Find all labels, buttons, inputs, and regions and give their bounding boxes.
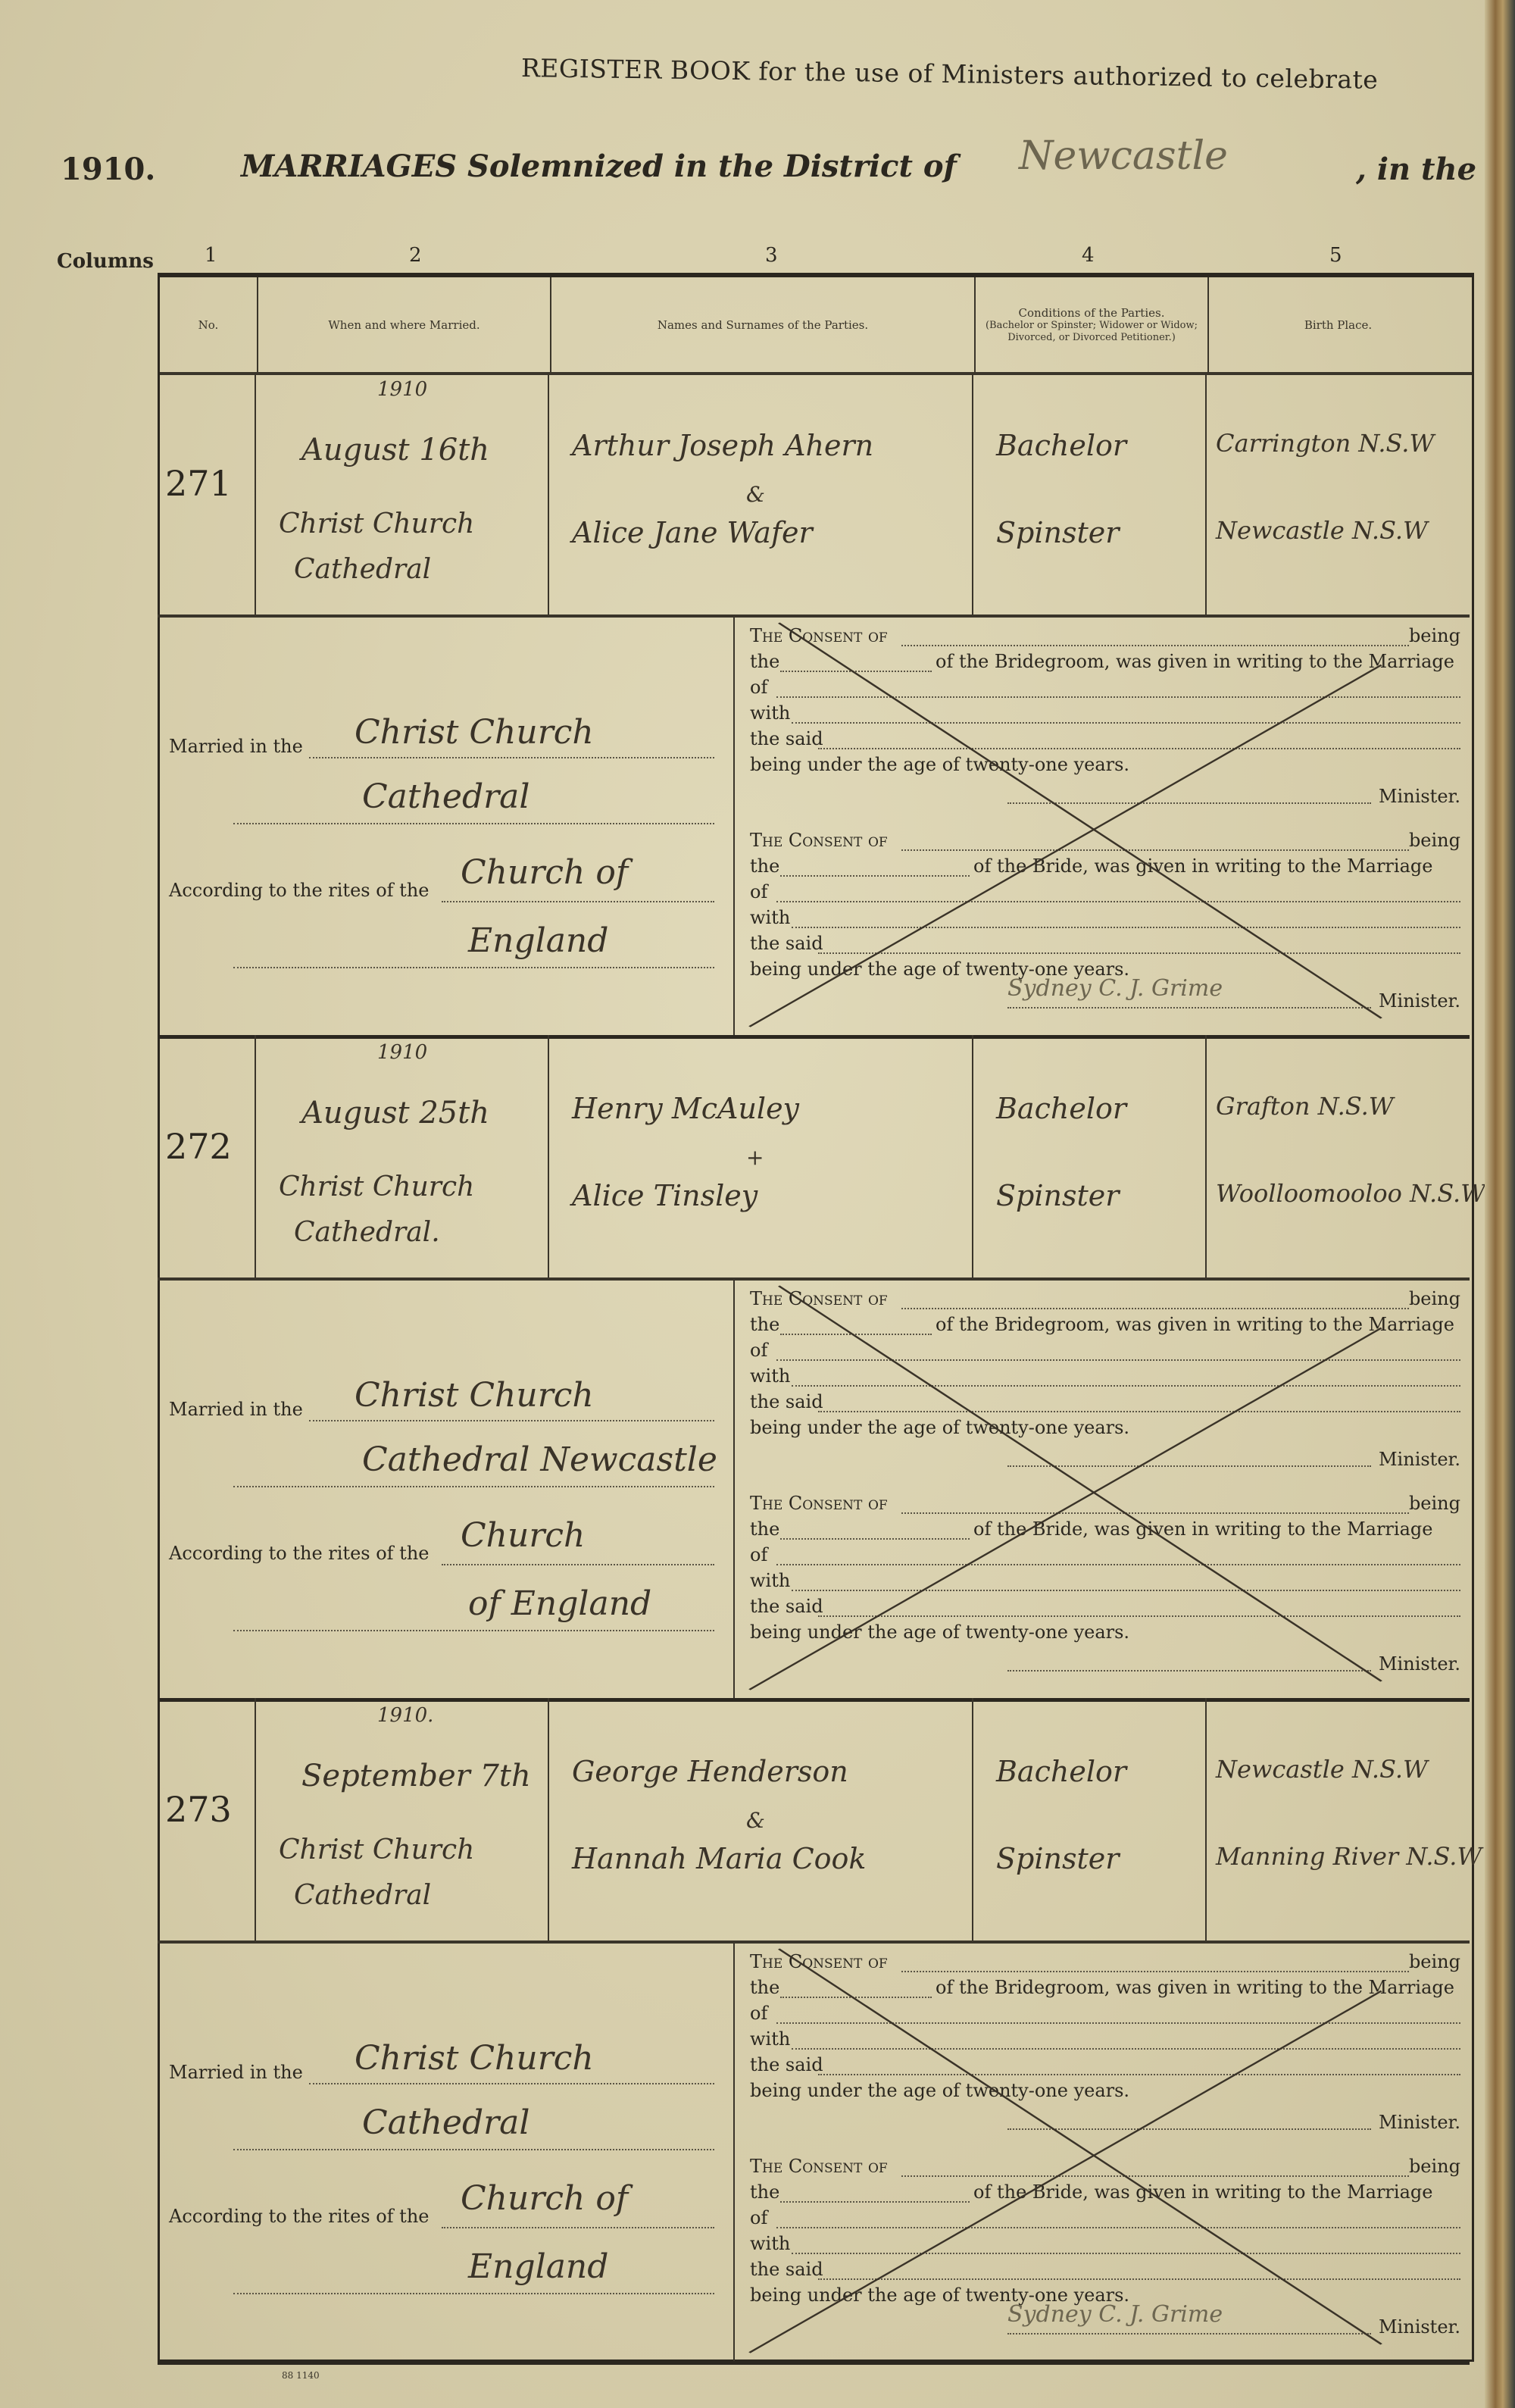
minister-signature: Sydney C. J. Grime bbox=[1007, 2301, 1223, 2328]
column-number-4: 4 bbox=[1082, 244, 1095, 267]
entry-year: 1910 bbox=[377, 378, 427, 401]
rites-line-1: Church bbox=[461, 1516, 585, 1555]
entry-names-cell: George Henderson & Hannah Maria Cook bbox=[549, 1698, 973, 1940]
bride-name: Hannah Maria Cook bbox=[572, 1842, 866, 1875]
entry-main-row: 272 1910 August 25th Christ Church Cathe… bbox=[158, 1035, 1470, 1281]
bride-birthplace: Newcastle N.S.W bbox=[1216, 516, 1428, 545]
entry-number: 273 bbox=[165, 1789, 232, 1830]
bride-condition: Spinster bbox=[996, 516, 1119, 549]
entry-date: September 7th bbox=[301, 1759, 531, 1793]
groom-condition: Bachelor bbox=[996, 429, 1126, 462]
bride-consent-text: of the Bride, was given in writing to th… bbox=[973, 855, 1432, 877]
married-in-line-2: Cathedral bbox=[362, 777, 529, 816]
entry-place-1: Christ Church bbox=[279, 1834, 474, 1865]
groom-birthplace: Carrington N.S.W bbox=[1216, 429, 1434, 458]
column-number-5: 5 bbox=[1329, 244, 1342, 267]
entry-conditions-cell: Bachelor Spinster bbox=[973, 372, 1207, 615]
entry-date: August 25th bbox=[301, 1096, 489, 1131]
header-birthplace: Birth Place. bbox=[1209, 277, 1467, 372]
married-in-label: Married in the bbox=[169, 1399, 303, 1420]
bride-birthplace: Woolloomooloo N.S.W bbox=[1216, 1179, 1485, 1208]
consent-forms: The Consent of being the of the Bridegro… bbox=[733, 1940, 1470, 2361]
entry-main-row: 271 1910 August 16th Christ Church Cathe… bbox=[158, 372, 1470, 618]
column-number-1: 1 bbox=[205, 244, 217, 267]
register-title: REGISTER BOOK for the use of Ministers a… bbox=[521, 53, 1379, 95]
header-names: Names and Surnames of the Parties. bbox=[551, 277, 976, 372]
names-and: + bbox=[746, 1145, 764, 1170]
married-in-line-1: Christ Church bbox=[355, 1376, 594, 1415]
bridegroom-consent-text: of the Bridegroom, was given in writing … bbox=[936, 651, 1454, 672]
rites-label: According to the rites of the bbox=[169, 1543, 430, 1564]
entry-birthplace-cell: Grafton N.S.W Woolloomooloo N.S.W bbox=[1207, 1035, 1465, 1277]
entry-year: 1910 bbox=[377, 1041, 427, 1064]
bride-consent-line: The Consent of bbox=[750, 2156, 888, 2177]
marriages-title: MARRIAGES Solemnized in the District of bbox=[241, 149, 957, 184]
bride-consent-text: of the Bride, was given in writing to th… bbox=[973, 1518, 1432, 1540]
consent-forms: The Consent of being the of the Bridegro… bbox=[733, 615, 1470, 1035]
married-in-label: Married in the bbox=[169, 2062, 303, 2083]
in-the-text: , in the bbox=[1356, 152, 1476, 187]
entry-number: 272 bbox=[165, 1126, 232, 1167]
groom-condition: Bachelor bbox=[996, 1092, 1126, 1125]
entry-when-cell: 1910 August 16th Christ Church Cathedral bbox=[256, 372, 549, 615]
entry-place-1: Christ Church bbox=[279, 1171, 474, 1202]
bride-condition: Spinster bbox=[996, 1842, 1119, 1875]
bride-consent-line: The Consent of bbox=[750, 830, 888, 851]
bridegroom-consent-text: of the Bridegroom, was given in writing … bbox=[936, 1314, 1454, 1335]
entry-consent-section: Married in the Christ Church Cathedral N… bbox=[158, 1277, 1470, 1702]
married-in-label: Married in the bbox=[169, 736, 303, 757]
groom-consent-line: The Consent of bbox=[750, 625, 888, 646]
rites-label: According to the rites of the bbox=[169, 2206, 430, 2227]
entry-year: 1910. bbox=[377, 1704, 433, 1727]
entry-no-cell: 271 bbox=[158, 372, 256, 615]
groom-name: Arthur Joseph Ahern bbox=[572, 429, 873, 462]
entry-main-row: 273 1910. September 7th Christ Church Ca… bbox=[158, 1698, 1470, 1944]
rites-line-1: Church of bbox=[461, 853, 628, 892]
page-edge bbox=[1485, 0, 1515, 2408]
rites-label: According to the rites of the bbox=[169, 880, 430, 901]
bride-name: Alice Jane Wafer bbox=[572, 516, 813, 549]
columns-label: Columns bbox=[57, 250, 154, 273]
column-number-3: 3 bbox=[765, 244, 778, 267]
groom-name: George Henderson bbox=[572, 1755, 848, 1788]
register-page: REGISTER BOOK for the use of Ministers a… bbox=[0, 0, 1496, 2408]
entry-consent-section: Married in the Christ Church Cathedral A… bbox=[158, 615, 1470, 1039]
bridegroom-consent-text: of the Bridegroom, was given in writing … bbox=[936, 1977, 1454, 1998]
entry-names-cell: Arthur Joseph Ahern & Alice Jane Wafer bbox=[549, 372, 973, 615]
married-in-line-1: Christ Church bbox=[355, 713, 594, 752]
entry-no-cell: 272 bbox=[158, 1035, 256, 1277]
married-in-line-2: Cathedral bbox=[362, 2103, 529, 2142]
rites-line-1: Church of bbox=[461, 2179, 628, 2218]
entry-birthplace-cell: Carrington N.S.W Newcastle N.S.W bbox=[1207, 372, 1465, 615]
entry-birthplace-cell: Newcastle N.S.W Manning River N.S.W bbox=[1207, 1698, 1465, 1940]
entry-consent-section: Married in the Christ Church Cathedral A… bbox=[158, 1940, 1470, 2365]
table-header-row: No. When and where Married. Names and Su… bbox=[160, 277, 1472, 375]
groom-birthplace: Newcastle N.S.W bbox=[1216, 1755, 1428, 1784]
married-in-line-1: Christ Church bbox=[355, 2039, 594, 2078]
rites-line-2: England bbox=[468, 921, 608, 960]
names-and: & bbox=[746, 482, 765, 507]
consent-forms: The Consent of being the of the Bridegro… bbox=[733, 1277, 1470, 1698]
groom-name: Henry McAuley bbox=[572, 1092, 799, 1125]
groom-consent-line: The Consent of bbox=[750, 1951, 888, 1972]
register-year: 1910. bbox=[61, 152, 155, 187]
bride-condition: Spinster bbox=[996, 1179, 1119, 1212]
entry-names-cell: Henry McAuley + Alice Tinsley bbox=[549, 1035, 973, 1277]
groom-consent-line: The Consent of bbox=[750, 1288, 888, 1309]
marriage-entry-272: 272 1910 August 25th Christ Church Cathe… bbox=[158, 1035, 1470, 1698]
entry-marriage-details: Married in the Christ Church Cathedral A… bbox=[158, 615, 722, 1035]
entry-marriage-details: Married in the Christ Church Cathedral N… bbox=[158, 1277, 722, 1698]
marriage-entry-271: 271 1910 August 16th Christ Church Cathe… bbox=[158, 372, 1470, 1035]
entry-conditions-cell: Bachelor Spinster bbox=[973, 1035, 1207, 1277]
header-when-where: When and where Married. bbox=[258, 277, 551, 372]
entry-number: 271 bbox=[165, 463, 232, 504]
groom-condition: Bachelor bbox=[996, 1755, 1126, 1788]
groom-birthplace: Grafton N.S.W bbox=[1216, 1092, 1394, 1121]
column-number-2: 2 bbox=[409, 244, 422, 267]
entry-place-2: Cathedral bbox=[294, 554, 431, 585]
entry-no-cell: 273 bbox=[158, 1698, 256, 1940]
entry-place-2: Cathedral. bbox=[294, 1217, 440, 1248]
entry-marriage-details: Married in the Christ Church Cathedral A… bbox=[158, 1940, 722, 2361]
marriage-entry-273: 273 1910. September 7th Christ Church Ca… bbox=[158, 1698, 1470, 2361]
bride-consent-line: The Consent of bbox=[750, 1493, 888, 1514]
form-code: 88 1140 bbox=[282, 2370, 320, 2381]
rites-line-2: of England bbox=[468, 1584, 651, 1623]
minister-signature: Sydney C. J. Grime bbox=[1007, 975, 1223, 1002]
entry-when-cell: 1910. September 7th Christ Church Cathed… bbox=[256, 1698, 549, 1940]
entry-date: August 16th bbox=[301, 433, 489, 468]
entry-place-1: Christ Church bbox=[279, 508, 474, 539]
bride-name: Alice Tinsley bbox=[572, 1179, 757, 1212]
names-and: & bbox=[746, 1808, 765, 1833]
bride-consent-text: of the Bride, was given in writing to th… bbox=[973, 2181, 1432, 2203]
entry-place-2: Cathedral bbox=[294, 1880, 431, 1911]
rites-line-2: England bbox=[468, 2247, 608, 2286]
entry-conditions-cell: Bachelor Spinster bbox=[973, 1698, 1207, 1940]
header-no: No. bbox=[160, 277, 258, 372]
married-in-line-2: Cathedral Newcastle bbox=[362, 1440, 717, 1479]
district-name: Newcastle bbox=[1019, 133, 1228, 179]
bride-birthplace: Manning River N.S.W bbox=[1216, 1842, 1482, 1871]
header-conditions: Conditions of the Parties.(Bachelor or S… bbox=[976, 277, 1209, 372]
entry-when-cell: 1910 August 25th Christ Church Cathedral… bbox=[256, 1035, 549, 1277]
